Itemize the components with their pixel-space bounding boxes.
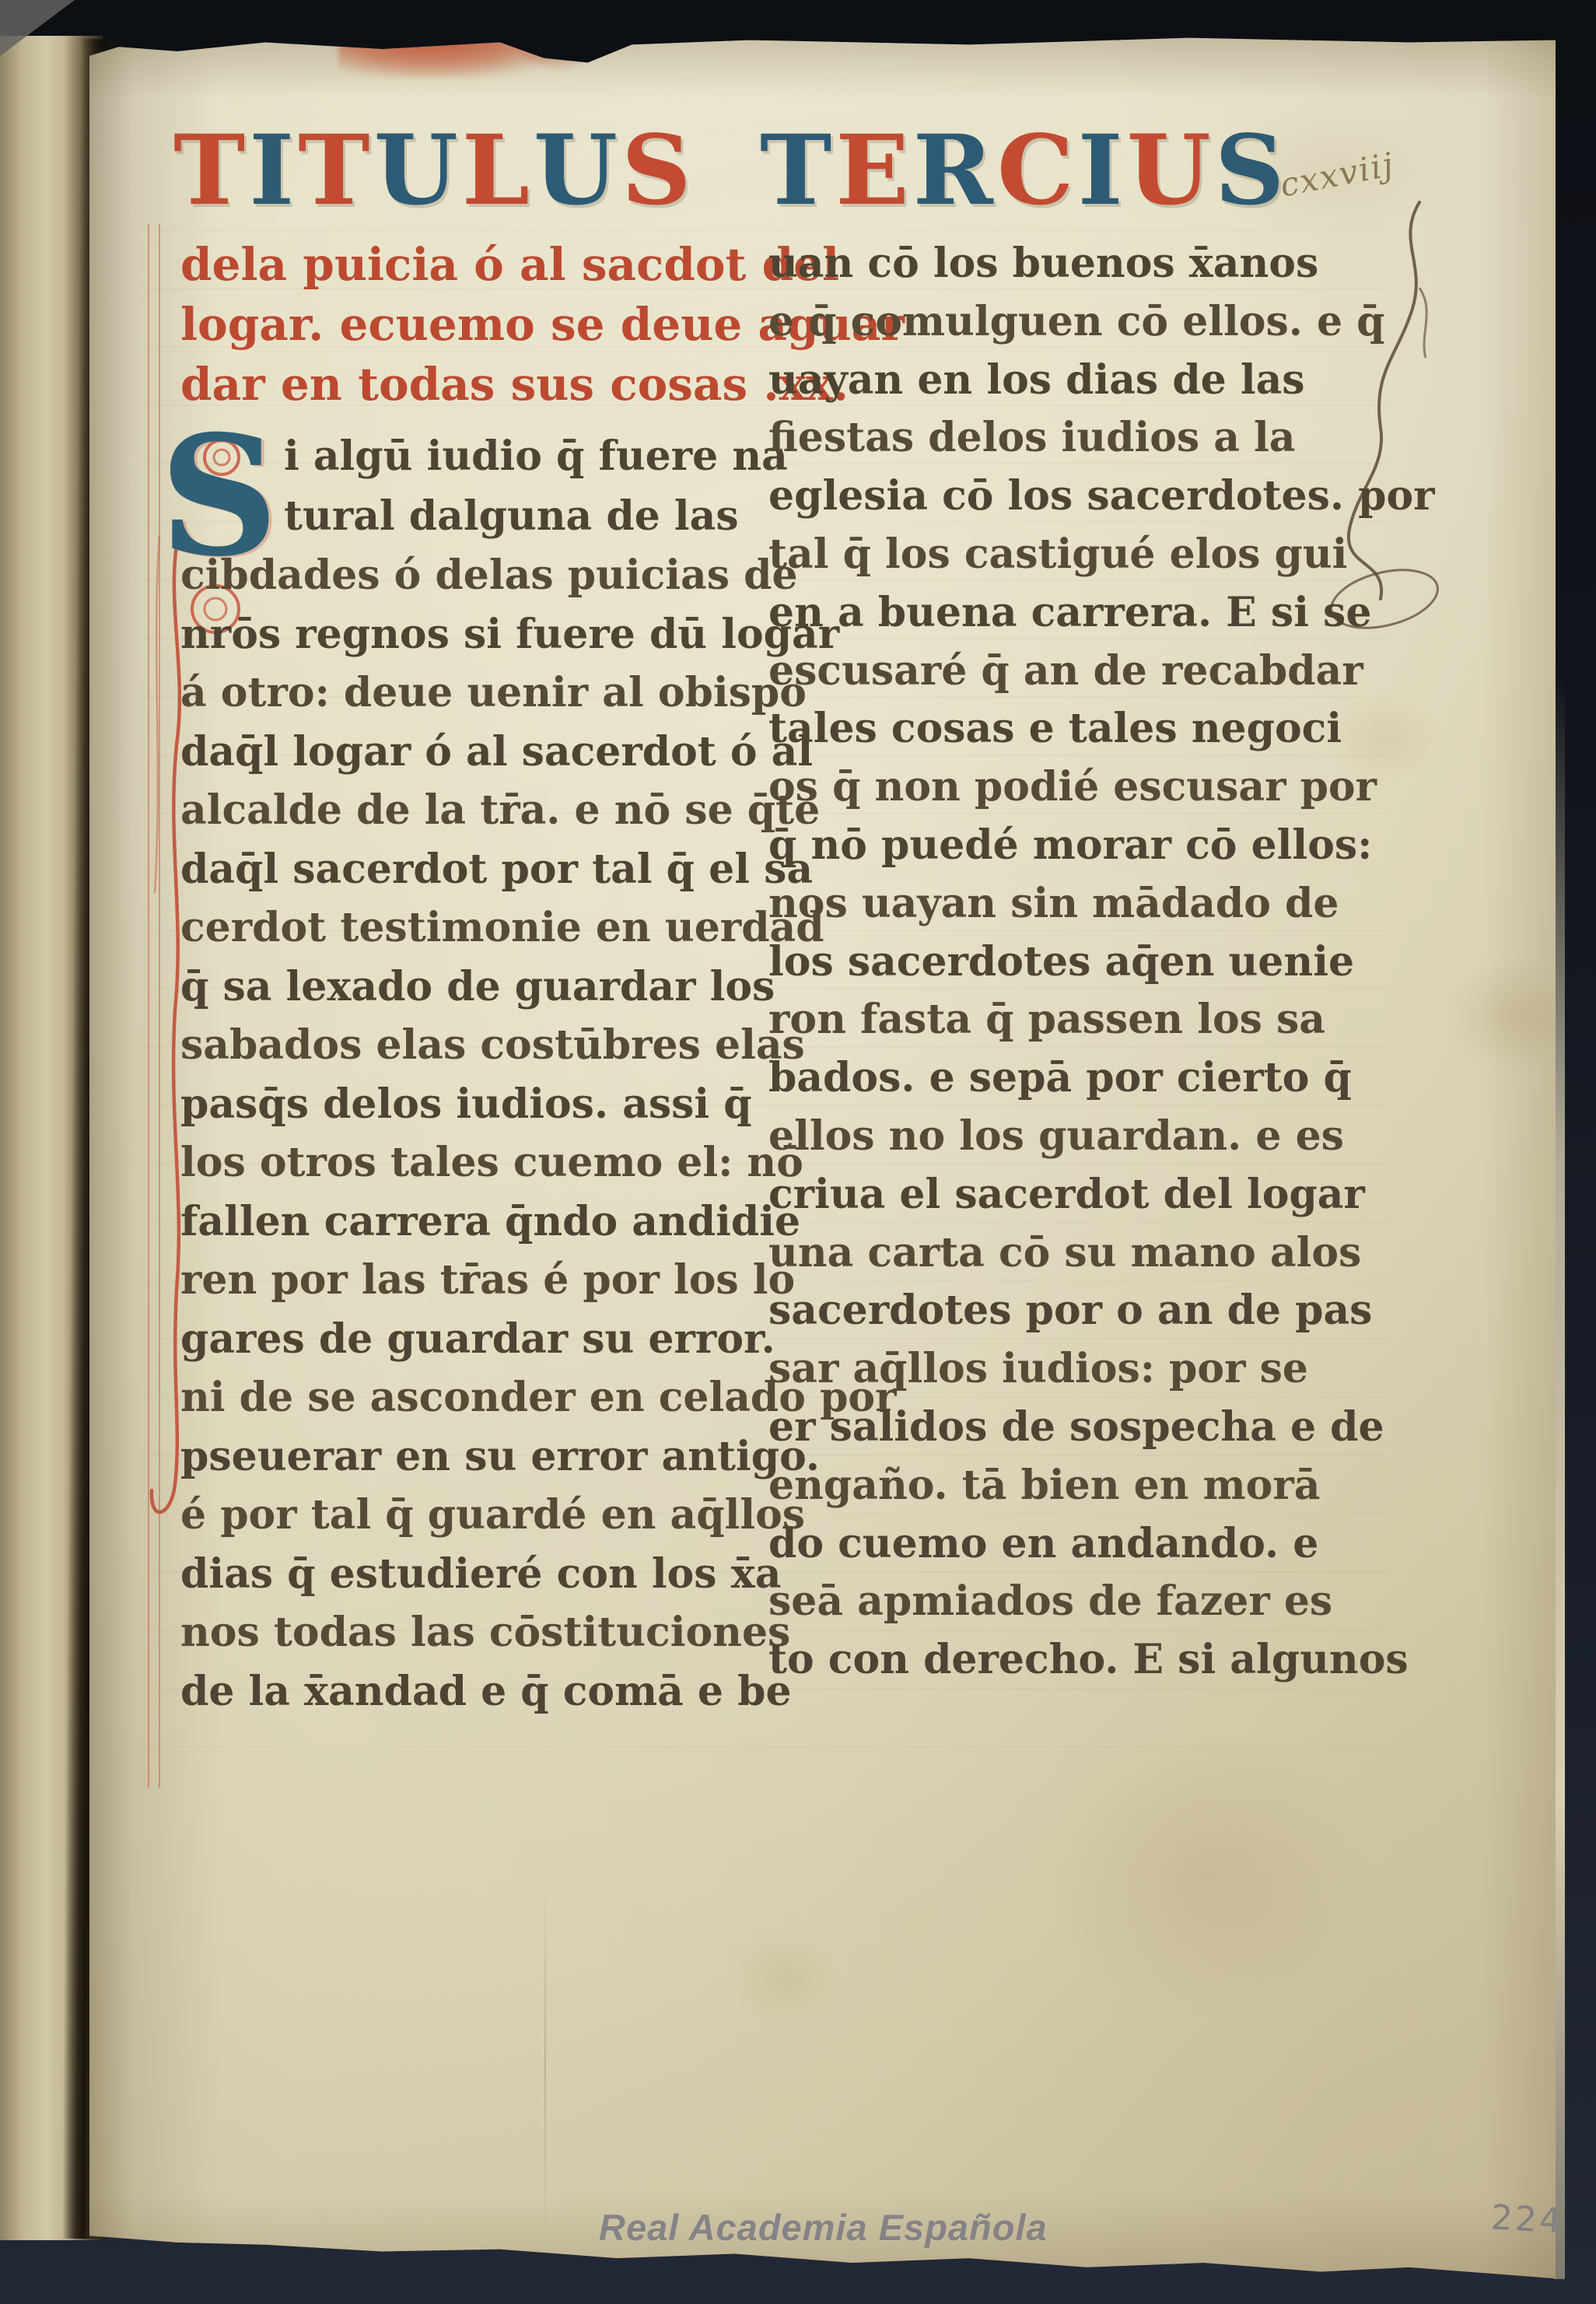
text-line: sar aq̄llos iudios: por se [768,1340,1371,1399]
text-line: e q̄ comulguen cō ellos. e q̄ [768,293,1371,352]
text-line: os q̄ non podié escusar por [768,758,1371,817]
text-line: fallen carrera q̄ndo andidie [180,1192,772,1252]
rubric-line: dar en todas sus cosas .xx. [180,355,772,415]
title-letter: U [1127,123,1215,219]
text-line: i algū iudio q̄ fuere na [284,426,774,486]
title-letter: T [173,123,249,219]
text-line: tural dalguna de las [284,486,774,546]
text-line: tales cosas e tales negoci [768,700,1371,758]
text-line: seā apmiados de fazer es [768,1573,1371,1631]
text-line: ni de se asconder en celado por [180,1368,772,1427]
text-line: engaño. tā bien en morā [768,1457,1371,1515]
text-line: escusaré q̄ an de recabdar [768,643,1371,701]
title-letter: I [249,123,298,219]
red-pigment-smudge [509,28,603,72]
title-letter: R [913,123,997,219]
text-line: pasq̄s delos iudios. assi q̄ [180,1075,772,1134]
title-letter: C [997,123,1078,219]
left-lines: cibdades ó delas puicias denrōs regnos s… [180,546,772,1721]
text-line: é por tal q̄ guardé en aq̄llos [180,1486,772,1545]
rubric: dela puicia ó al sacdot dellogar. ecuemo… [180,235,772,415]
title-word-titulus: TITULUS [173,123,695,219]
title-letter: S [621,123,695,219]
text-line: en a buena carrera. E si se [768,584,1371,643]
text-line: de la x̄andad e q̄ comā e be [180,1662,772,1721]
text-line: los otros tales cuemo el: nō [180,1133,772,1192]
text-line: q̄ nō puedé morar cō ellos: [768,817,1371,875]
text-line: gares de guardar su error. [180,1310,772,1369]
text-line: tal q̄ los castigué elos gui [768,526,1371,584]
text-line: daq̄l logar ó al sacerdot ó al [180,723,772,782]
manuscript-scan: TITULUS TERCIUS cxxviij S dela puicia ó … [0,0,1596,2304]
rubric-line: logar. ecuemo se deue aguar [180,295,772,355]
text-line: do cuemo en andando. e [768,1515,1371,1574]
text-line: q̄ sa lexado de guardar los [180,958,772,1017]
text-line: nrōs regnos si fuere dū logar [180,605,772,664]
title-letter: U [374,123,462,219]
parchment-stain [727,1937,844,2022]
text-line: dias q̄ estudieré con los x̄a [180,1545,772,1604]
title-word-tercius: TERCIUS [760,123,1288,219]
text-line: ellos no los guardan. e es [768,1108,1371,1166]
text-line: nos uayan sin mādado de [768,875,1371,933]
title-letter: T [298,123,373,219]
left-indented-lines: i algū iudio q̄ fuere natural dalguna de… [284,426,774,546]
rubric-line: dela puicia ó al sacdot del [180,235,772,295]
title-letter: E [835,123,913,219]
title-letter: T [760,123,835,219]
text-line: daq̄l sacerdot por tal q̄ el sa [180,840,772,899]
text-line: bados. e sepā por cierto q̄ [768,1049,1371,1108]
text-line: una carta cō su mano alos [768,1224,1371,1283]
parchment-crease [544,1882,546,2248]
title-letter: L [462,123,534,219]
text-line: fiestas delos iudios a la [768,409,1371,467]
parchment-page: TITULUS TERCIUS cxxviij S dela puicia ó … [89,31,1556,2283]
folio-number: 224 [1490,2198,1565,2242]
title-letter: U [534,123,621,219]
title-letter: I [1078,123,1127,219]
text-line: cerdot testimonie en uerdad [180,898,772,958]
text-line: uayan en los dias de las [768,352,1371,410]
text-line: ren por las tr̄as é por los lo [180,1251,772,1310]
text-line: pseuerar en su error antigo. [180,1427,772,1486]
text-line: cibdades ó delas puicias de [180,546,772,605]
text-line: nos todas las cōstituciones [180,1603,772,1662]
right-lines: uan cō los buenos x̄anose q̄ comulguen c… [768,235,1371,1689]
text-line: uan cō los buenos x̄anos [768,235,1371,293]
text-line: criua el sacerdot del logar [768,1166,1371,1224]
text-line: eglesia cō los sacerdotes. por [768,467,1371,526]
text-line: los sacerdotes aq̄en uenie [768,933,1371,992]
text-line: er salidos de sospecha e de [768,1399,1371,1457]
parchment-stain [1042,1727,1377,2022]
text-line: ron fasta q̄ passen los sa [768,991,1371,1049]
text-line: sacerdotes por o an de pas [768,1282,1371,1340]
text-line: alcalde de la tr̄a. e nō se q̄te [180,781,772,840]
page-fore-edge [1554,677,1565,2279]
text-line: sabados elas costūbres elas [180,1016,772,1075]
repository-watermark: Real Academia Española [599,2206,1048,2249]
text-line: á otro: deue uenir al obispo [180,664,772,723]
text-line: to con derecho. E si algunos [768,1631,1371,1689]
